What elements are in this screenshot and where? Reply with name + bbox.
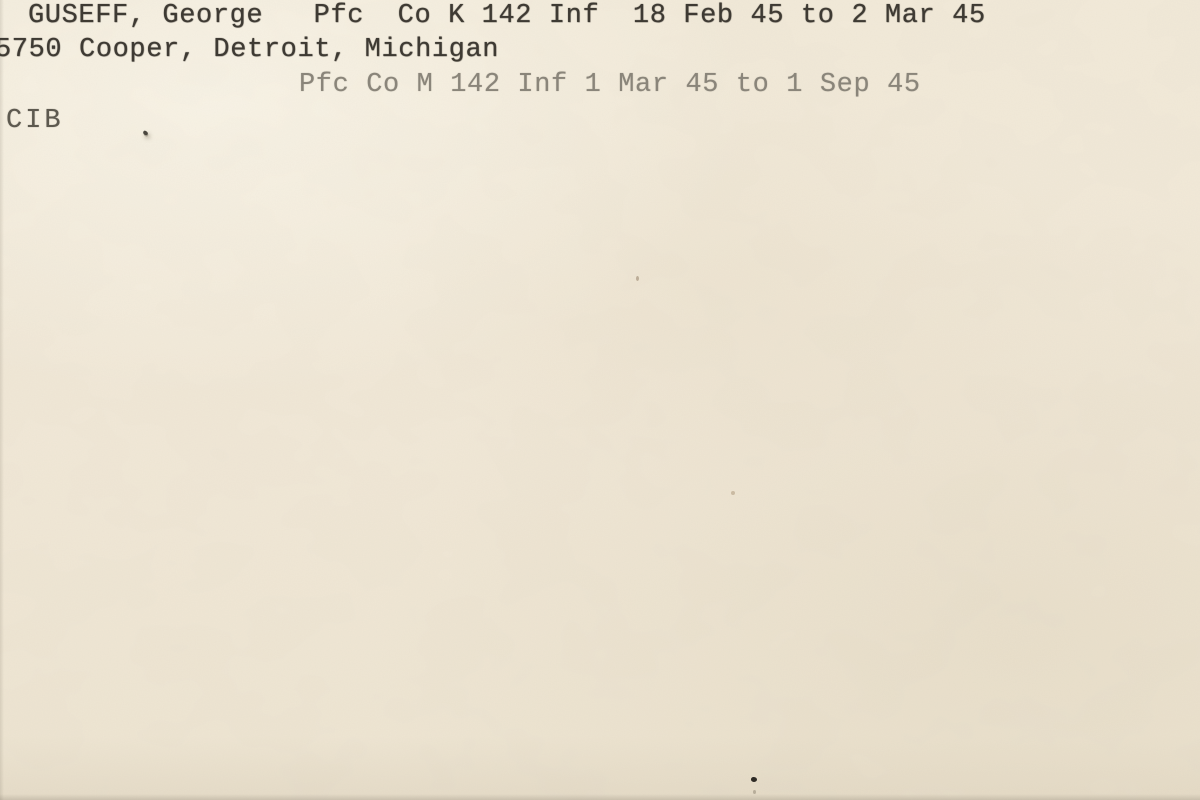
ink-speck	[753, 790, 756, 794]
ink-speck	[751, 777, 757, 782]
typed-line-address: 5750 Cooper, Detroit, Michigan	[0, 37, 499, 64]
typed-line-second-assignment: Pfc Co M 142 Inf 1 Mar 45 to 1 Sep 45	[299, 72, 921, 99]
ink-speck	[636, 276, 639, 281]
typed-line-cib-award: CIB	[6, 108, 64, 135]
scan-edge-shadow-bottom	[0, 794, 1200, 800]
ink-speck	[731, 491, 735, 495]
index-card-scan: GUSEFF, George Pfc Co K 142 Inf 18 Feb 4…	[0, 0, 1200, 800]
paper-grain-texture	[0, 0, 1200, 800]
ink-speck	[142, 130, 148, 136]
paper-mottle-texture	[0, 0, 1200, 800]
typed-line-name-rank-unit-dates: GUSEFF, George Pfc Co K 142 Inf 18 Feb 4…	[28, 3, 986, 30]
scan-edge-shadow-left	[0, 0, 4, 800]
